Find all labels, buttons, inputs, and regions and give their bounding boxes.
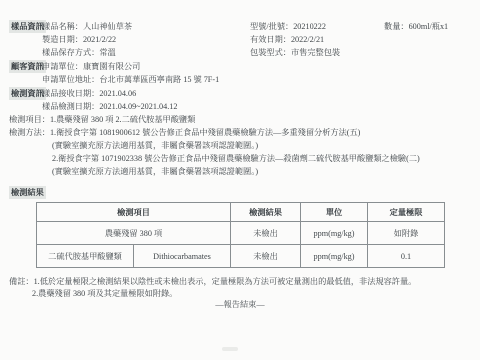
cell-result: 未檢出 — [231, 245, 301, 268]
table-row: 農藥殘留 380 項 未檢出 ppm(mg/kg) 如附錄 — [37, 222, 445, 245]
table-header-row: 檢測項目 檢測結果 單位 定量極限 — [37, 203, 445, 222]
cell-item-name-en: Dithiocarbamates — [134, 245, 231, 268]
cell-item-name: 農藥殘留 380 項 — [37, 222, 231, 245]
applicant: 申請單位：康寶園有限公司 — [42, 61, 140, 72]
packaging-type: 包裝型式：市售完整包裝 — [250, 47, 340, 58]
storage-method: 樣品保存方式：常溫 — [42, 47, 116, 58]
col-header-test-item: 檢測項目 — [37, 203, 231, 222]
col-header-loq: 定量極限 — [368, 203, 445, 222]
cell-item-name-zh: 二硫代胺基甲酸鹽類 — [37, 245, 134, 268]
test-method-2-note: (實驗室擴充原方法適用基質，非屬食藥署該項認證範圍。) — [52, 166, 258, 177]
test-items: 檢測項目：1.農藥殘留 380 項 2.二硫代胺基甲酸鹽類 — [9, 114, 195, 125]
manufacture-date: 製造日期：2021/2/22 — [42, 34, 116, 45]
scan-artifact — [222, 347, 238, 351]
note-2: 2.農藥殘留 380 項及其定量極限如附錄。 — [32, 288, 177, 299]
test-method-2: 2.衛授食字第 1071902338 號公告修正食品中殘留農藥檢驗方法—殺菌劑二… — [52, 153, 420, 164]
expiry-date: 有效日期：2022/2/21 — [250, 34, 324, 45]
note-1: 1.低於定量極限之檢測結果以陰性或未檢出表示，定量極限為方法可被定量測出的最低值… — [34, 276, 417, 287]
sample-received-date: 樣品接收日期：2021.04.06 — [42, 88, 136, 99]
sample-name: 樣品名稱：人山神仙草茶 — [42, 21, 132, 32]
cell-loq: 0.1 — [368, 245, 445, 268]
test-method-1: 1.衛授食字第 1081900612 號公告修正食品中殘留農藥檢驗方法—多重殘留… — [50, 127, 360, 138]
col-header-test-result: 檢測結果 — [231, 203, 301, 222]
test-method-1-note: (實驗室擴充原方法適用基質，非屬食藥署該項認證範圍。) — [52, 140, 258, 151]
model-batch-number: 型號/批號：20210222 — [250, 21, 326, 32]
section-label-sample-info: 樣品資訊 — [9, 20, 46, 33]
sample-test-date: 樣品檢測日期：2021.04.09~2021.04.12 — [42, 101, 177, 112]
report-end-marker: —報告結束— — [0, 299, 480, 310]
table-row: 二硫代胺基甲酸鹽類 Dithiocarbamates 未檢出 ppm(mg/kg… — [37, 245, 445, 268]
section-label-customer-info: 顧客資訊 — [9, 60, 46, 73]
notes-line-1: 備註： 1.低於定量極限之檢測結果以陰性或未檢出表示，定量極限為方法可被定量測出… — [9, 276, 416, 287]
cell-result: 未檢出 — [231, 222, 301, 245]
section-label-test-info: 檢測資訊 — [9, 87, 46, 100]
col-header-unit: 單位 — [301, 203, 368, 222]
test-method-line: 檢測方法： 1.衛授食字第 1081900612 號公告修正食品中殘留農藥檢驗方… — [9, 127, 360, 138]
applicant-address: 申請單位地址：台北市萬華區西寧南路 15 號 7F-1 — [42, 74, 219, 85]
quantity: 數量：600ml/瓶x1 — [384, 21, 448, 32]
results-table: 檢測項目 檢測結果 單位 定量極限 農藥殘留 380 項 未檢出 ppm(mg/… — [36, 202, 445, 268]
cell-unit: ppm(mg/kg) — [301, 222, 368, 245]
section-label-test-results: 檢測結果 — [9, 186, 46, 199]
report-document: 樣品資訊 樣品名稱：人山神仙草茶 型號/批號：20210222 數量：600ml… — [0, 0, 480, 360]
test-method-label: 檢測方法： — [9, 127, 50, 138]
cell-unit: ppm(mg/kg) — [301, 245, 368, 268]
notes-label: 備註： — [9, 276, 34, 287]
cell-loq: 如附錄 — [368, 222, 445, 245]
